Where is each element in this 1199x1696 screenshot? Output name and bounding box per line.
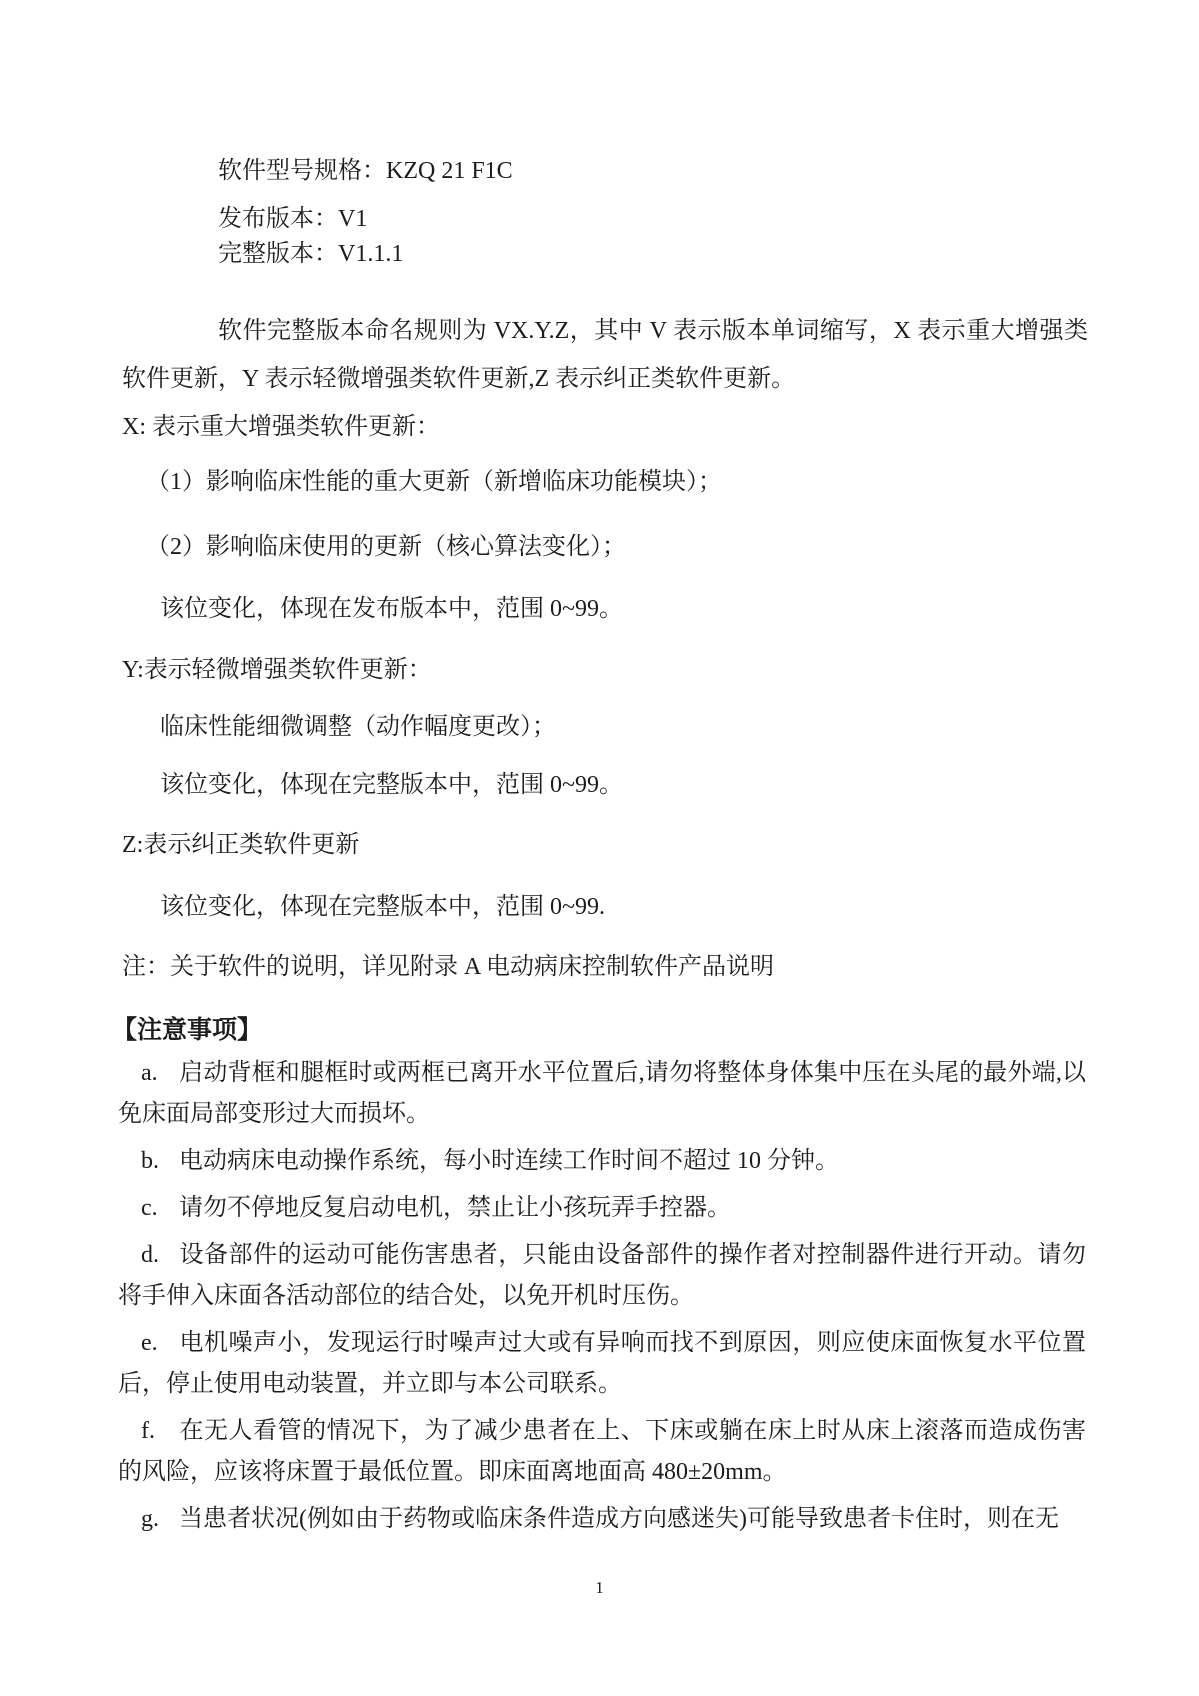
caution-text-e: 电机噪声小，发现运行时噪声过大或有异响而找不到原因，则应使床面恢复水平位置后，停… xyxy=(118,1330,1086,1397)
caution-label-d: d. xyxy=(141,1235,179,1276)
caution-item-f: f.在无人看管的情况下，为了减少患者在上、下床或躺在床上时从床上滚落而造成伤害的… xyxy=(118,1411,1086,1493)
caution-item-d: d.设备部件的运动可能伤害患者，只能由设备部件的操作者对控制器件进行开动。请勿将… xyxy=(118,1235,1086,1317)
x-update-item-1: （1）影响临床性能的重大更新（新增临床功能模块）； xyxy=(146,467,722,497)
y-update-detail: 临床性能细微调整（动作幅度更改）； xyxy=(160,712,556,742)
x-update-item-2: （2）影响临床使用的更新（核心算法变化）； xyxy=(146,532,626,562)
caution-text-d: 设备部件的运动可能伤害患者，只能由设备部件的操作者对控制器件进行开动。请勿将手伸… xyxy=(118,1242,1086,1309)
version-naming-rule-paragraph: 软件完整版本命名规则为 VX.Y.Z，其中 V 表示版本单词缩写，X 表示重大增… xyxy=(122,307,1088,403)
caution-label-f: f. xyxy=(141,1411,179,1452)
page-number: 1 xyxy=(0,1578,1199,1598)
z-range-note: 该位变化，体现在完整版本中，范围 0~99. xyxy=(160,892,605,922)
appendix-reference-note: 注：关于软件的说明，详见附录 A 电动病床控制软件产品说明 xyxy=(122,952,774,982)
caution-text-a: 启动背框和腿框时或两框已离开水平位置后,请勿将整体身体集中压在头尾的最外端,以免… xyxy=(118,1060,1086,1127)
y-update-heading: Y:表示轻微增强类软件更新： xyxy=(122,655,432,685)
caution-item-e: e.电机噪声小，发现运行时噪声过大或有异响而找不到原因，则应使床面恢复水平位置后… xyxy=(118,1323,1086,1405)
caution-item-a: a.启动背框和腿框时或两框已离开水平位置后,请勿将整体身体集中压在头尾的最外端,… xyxy=(118,1053,1086,1135)
caution-label-e: e. xyxy=(141,1323,179,1364)
x-range-note: 该位变化，体现在发布版本中，范围 0~99。 xyxy=(160,594,623,624)
x-update-heading: X: 表示重大增强类软件更新： xyxy=(122,412,440,442)
caution-label-g: g. xyxy=(141,1499,179,1540)
full-version-line: 完整版本：V1.1.1 xyxy=(218,239,403,269)
y-range-note: 该位变化，体现在完整版本中，范围 0~99。 xyxy=(160,770,623,800)
caution-item-c: c.请勿不停地反复启动电机，禁止让小孩玩弄手控器。 xyxy=(118,1188,1086,1229)
z-update-heading: Z:表示纠正类软件更新 xyxy=(122,830,359,860)
caution-item-b: b.电动病床电动操作系统，每小时连续工作时间不超过 10 分钟。 xyxy=(118,1141,1086,1182)
caution-text-g: 当患者状况(例如由于药物或临床条件造成方向感迷失)可能导致患者卡住时，则在无 xyxy=(179,1506,1059,1532)
cautions-list: a.启动背框和腿框时或两框已离开水平位置后,请勿将整体身体集中压在头尾的最外端,… xyxy=(118,1053,1086,1546)
caution-label-b: b. xyxy=(141,1141,179,1182)
caution-item-g: g.当患者状况(例如由于药物或临床条件造成方向感迷失)可能导致患者卡住时，则在无 xyxy=(118,1499,1086,1540)
caution-label-c: c. xyxy=(141,1188,179,1229)
caution-text-c: 请勿不停地反复启动电机，禁止让小孩玩弄手控器。 xyxy=(179,1195,731,1221)
cautions-section-heading: 【注意事项】 xyxy=(112,1015,262,1045)
caution-text-b: 电动病床电动操作系统，每小时连续工作时间不超过 10 分钟。 xyxy=(179,1148,839,1174)
caution-label-a: a. xyxy=(141,1053,179,1094)
software-model-line: 软件型号规格：KZQ 21 F1C xyxy=(218,156,513,186)
release-version-line: 发布版本：V1 xyxy=(218,204,367,234)
caution-text-f: 在无人看管的情况下，为了减少患者在上、下床或躺在床上时从床上滚落而造成伤害的风险… xyxy=(118,1418,1086,1485)
document-page: 软件型号规格：KZQ 21 F1C 发布版本：V1 完整版本：V1.1.1 软件… xyxy=(0,0,1199,1696)
